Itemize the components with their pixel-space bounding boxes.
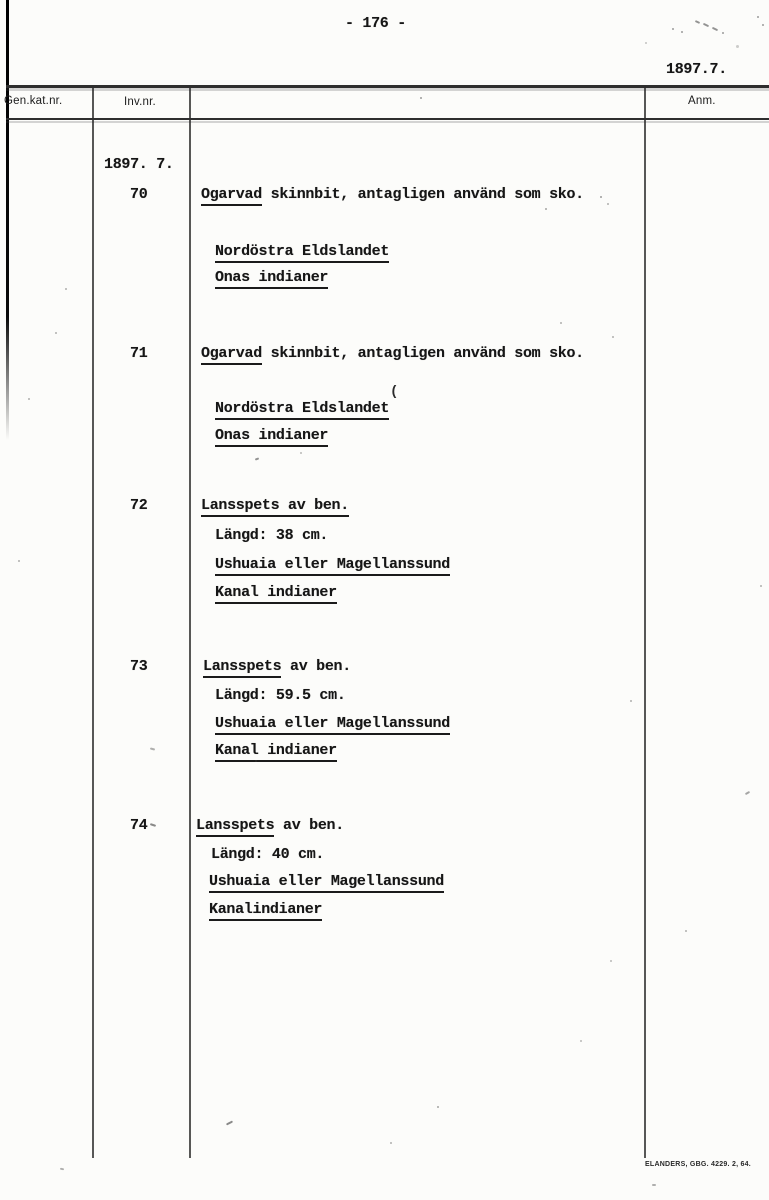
catalog-entry-70: 70 Ogarvad skinnbit, antagligen använd s… [0, 186, 769, 306]
catalog-entry-72: 72 Lansspets av ben. Längd: 38 cm. Ushua… [0, 497, 769, 617]
noise-speck [722, 32, 724, 34]
noise-speck [652, 1184, 656, 1186]
entry-location: Ushuaia eller Magellanssund [209, 873, 444, 893]
entry-location: Nordöstra Eldslandet [215, 243, 389, 263]
entry-number: 70 [130, 186, 147, 203]
entry-title: Ogarvad skinnbit, antagligen använd som … [201, 186, 584, 203]
column-header-genkatnr: Gen.kat.nr. [4, 95, 62, 107]
entry-title-rest: skinnbit, antagligen använd som sko. [262, 345, 584, 362]
noise-speck [610, 960, 612, 962]
entry-measurement: Längd: 59.5 cm. [215, 687, 346, 704]
noise-speck [760, 585, 762, 587]
stray-paren-mark: ( [390, 384, 398, 400]
noise-speck [545, 208, 547, 210]
table-top-rule [6, 85, 769, 88]
noise-speck [630, 700, 632, 702]
noise-speck [18, 560, 20, 562]
noise-speck [600, 196, 602, 198]
entry-location: Ushuaia eller Magellanssund [215, 556, 450, 576]
entry-title: Lansspets av ben. [203, 658, 351, 675]
entry-number: 72 [130, 497, 147, 514]
noise-speck [420, 97, 422, 99]
noise-speck [762, 24, 764, 26]
entry-people: Kanal indianer [215, 742, 337, 762]
entry-title-rest: av ben. [274, 817, 344, 834]
noise-speck [612, 336, 614, 338]
entry-number: 73 [130, 658, 147, 675]
entry-title-underlined: Lansspets av ben. [201, 497, 349, 517]
catalog-entry-73: 73 Lansspets av ben. Längd: 59.5 cm. Ush… [0, 658, 769, 778]
noise-speck [437, 1106, 439, 1108]
noise-speck [65, 288, 67, 290]
page-number: - 176 - [345, 15, 406, 32]
catalog-entry-74: 74 Lansspets av ben. Längd: 40 cm. Ushua… [0, 817, 769, 937]
entry-location: Ushuaia eller Magellanssund [215, 715, 450, 735]
noise-speck [390, 1142, 392, 1144]
noise-speck [226, 1120, 233, 1125]
noise-speck [681, 31, 683, 33]
entry-measurement: Längd: 38 cm. [215, 527, 328, 544]
entry-title-underlined: Ogarvad [201, 186, 262, 206]
inventory-group-label: 1897. 7. [104, 156, 174, 173]
noise-speck [255, 760, 257, 762]
noise-speck [28, 398, 30, 400]
entry-title: Lansspets av ben. [196, 817, 344, 834]
entry-people: Kanal indianer [215, 584, 337, 604]
entry-title: Lansspets av ben. [201, 497, 349, 514]
column-header-invnr: Inv.nr. [124, 96, 156, 108]
catalog-year-header: 1897.7. [666, 61, 727, 78]
noise-speck [757, 16, 759, 18]
entry-title-rest: skinnbit, antagligen använd som sko. [262, 186, 584, 203]
noise-speck [695, 20, 700, 24]
catalog-entry-71: 71 Ogarvad skinnbit, antagligen använd s… [0, 345, 769, 465]
entry-location: Nordöstra Eldslandet [215, 400, 389, 420]
table-header-bottom-rule [6, 118, 769, 120]
noise-speck [55, 332, 57, 334]
entry-title: Ogarvad skinnbit, antagligen använd som … [201, 345, 584, 362]
entry-title-rest: av ben. [281, 658, 351, 675]
entry-number: 71 [130, 345, 147, 362]
noise-speck [672, 28, 674, 30]
noise-speck [736, 45, 739, 48]
scanned-catalog-page: - 176 - 1897.7. Gen.kat.nr. Inv.nr. Anm.… [0, 0, 769, 1200]
noise-speck [560, 322, 562, 324]
noise-speck [300, 452, 302, 454]
column-header-anm: Anm. [688, 95, 716, 107]
entry-people: Onas indianer [215, 269, 328, 289]
noise-speck [580, 1040, 582, 1042]
entry-people: Onas indianer [215, 427, 328, 447]
entry-people: Kanalindianer [209, 901, 322, 921]
printer-imprint: ELANDERS, GBG. 4229. 2, 64. [645, 1161, 751, 1168]
noise-speck [645, 42, 647, 44]
entry-title-underlined: Lansspets [196, 817, 274, 837]
noise-speck [703, 23, 709, 27]
entry-title-underlined: Lansspets [203, 658, 281, 678]
noise-speck [607, 203, 609, 205]
entry-measurement: Längd: 40 cm. [211, 846, 324, 863]
noise-speck [712, 27, 718, 31]
noise-speck [745, 791, 750, 795]
noise-speck [60, 1168, 64, 1171]
entry-title-underlined: Ogarvad [201, 345, 262, 365]
noise-speck [685, 930, 687, 932]
entry-number: 74 [130, 817, 147, 834]
